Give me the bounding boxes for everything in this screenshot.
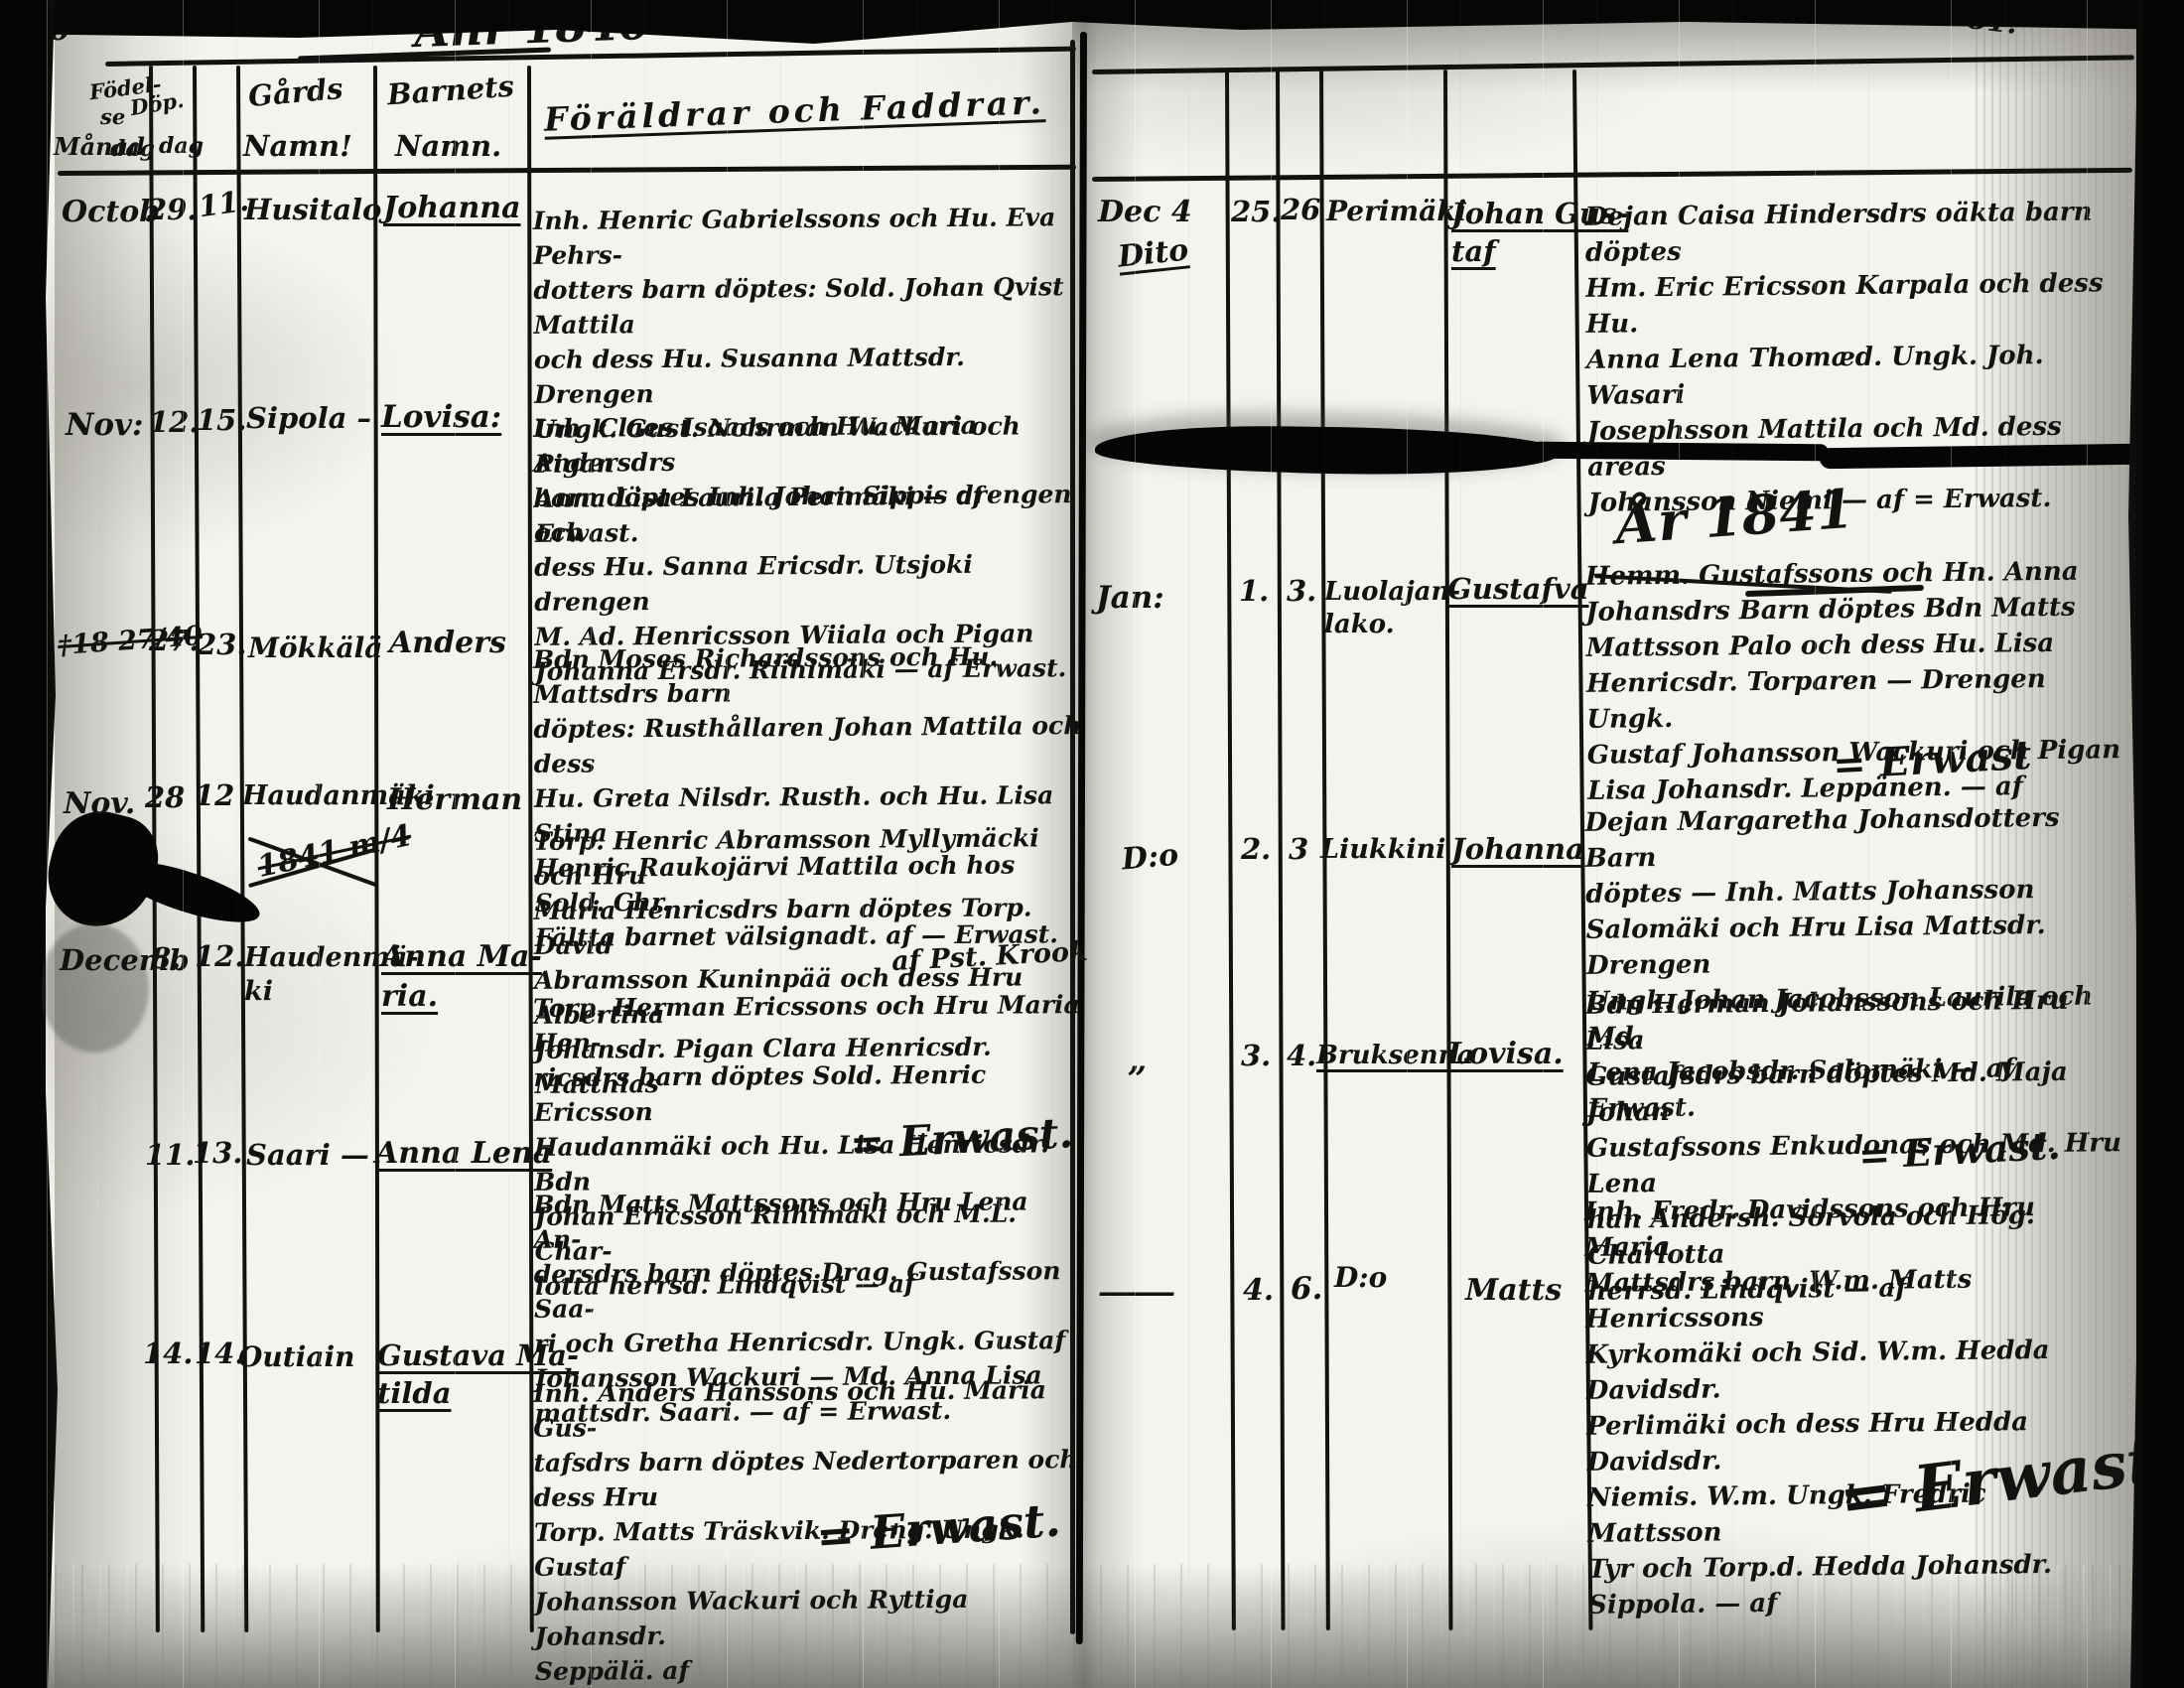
entry-birth-day: 4. bbox=[1243, 1273, 1274, 1308]
farm-name: Perimäki bbox=[1326, 195, 1466, 227]
child-name: Anna Ma- ria. bbox=[381, 937, 542, 1017]
entry-month: Dec 4 bbox=[1098, 195, 1192, 229]
header-child-label-2: Namn. bbox=[395, 129, 501, 163]
entry-birth-day: 28 bbox=[145, 780, 185, 814]
scanned-parish-register: 80 81. Åhr 1840 År 1841 Födel- se Döp. M… bbox=[0, 0, 2184, 1688]
child-name: Anders bbox=[389, 626, 506, 660]
entry-bapt-day: 14. bbox=[195, 1336, 244, 1370]
entry-birth-day: 25. bbox=[1231, 195, 1281, 228]
farm-name: Luolajan- lako. bbox=[1324, 576, 1460, 641]
entry-bapt-day: 11. bbox=[197, 184, 251, 224]
entry-month: Octob bbox=[62, 195, 160, 229]
entry-birth-day: 3. bbox=[1241, 1039, 1271, 1072]
parents-godparents-text: Inh. Fredr. Davidssons och Hru Maria Mat… bbox=[1584, 1189, 2129, 1623]
farm-name: Husitalo bbox=[244, 193, 381, 226]
entry-bapt-day: 23. bbox=[197, 628, 246, 661]
entry-bapt-day: 12. bbox=[195, 939, 244, 973]
entry-birth-day: 1. bbox=[1239, 574, 1269, 608]
entry-birth-day: 29. bbox=[147, 193, 197, 226]
entry-bapt-day: 3. bbox=[1287, 574, 1316, 608]
entry-bapt-day: 26 bbox=[1281, 193, 1320, 226]
entry-month: Nov. bbox=[64, 786, 135, 821]
entry-birth-day: 27. bbox=[149, 624, 199, 657]
farm-name: Mökkälä bbox=[248, 632, 382, 664]
entry-month: ——— bbox=[1098, 1275, 1169, 1310]
entry-bapt-day: 3 bbox=[1289, 832, 1308, 866]
header-day-label: dag bbox=[159, 133, 204, 159]
farm-name: Outiain bbox=[238, 1340, 354, 1373]
entry-bapt-day: 6. bbox=[1291, 1271, 1322, 1307]
entry-birth-day: 2. bbox=[1241, 832, 1271, 866]
child-name: Johanna bbox=[383, 191, 521, 225]
entry-birth-day: 12. bbox=[149, 405, 199, 439]
child-name: Anna Lena bbox=[375, 1136, 552, 1171]
parents-godparents-text: Dejan Caisa Hindersdrs oäkta barn döptes… bbox=[1584, 194, 2128, 521]
entry-bapt-day: 13. bbox=[193, 1136, 242, 1170]
entry-month: Nov: bbox=[66, 407, 143, 443]
entry-birth-day: 8. bbox=[151, 941, 181, 975]
child-name: Herman bbox=[387, 782, 522, 817]
entry-month-ditto: Dito bbox=[1116, 232, 1190, 274]
farm-name: Liukkini bbox=[1320, 834, 1445, 865]
header-birth-label-2: se bbox=[100, 104, 125, 129]
entry-bapt-day: 4. bbox=[1287, 1039, 1316, 1072]
farm-name: Sipola – bbox=[246, 401, 371, 435]
header-farm-label-2: Namn! bbox=[243, 129, 352, 163]
entry-birth-day: 14. bbox=[143, 1336, 193, 1370]
child-name: Johanna bbox=[1451, 832, 1584, 866]
child-name: Matts bbox=[1465, 1273, 1562, 1308]
entry-bapt-day: 12 bbox=[195, 778, 234, 812]
farm-name: Saari — bbox=[246, 1138, 369, 1172]
entry-bapt-day: 15. bbox=[197, 403, 246, 437]
child-name: Lovisa: bbox=[381, 399, 501, 435]
child-name: Lovisa. bbox=[1447, 1037, 1564, 1071]
header-day-label: dag bbox=[110, 136, 155, 162]
entry-month: „ bbox=[1128, 1041, 1148, 1080]
entry-month: Jan: bbox=[1096, 580, 1164, 616]
farm-name: D:o bbox=[1334, 1261, 1387, 1294]
entry-birth-day: 11. bbox=[145, 1138, 195, 1172]
child-name: Gustafva bbox=[1447, 572, 1588, 606]
entry-month: D:o bbox=[1121, 838, 1180, 878]
